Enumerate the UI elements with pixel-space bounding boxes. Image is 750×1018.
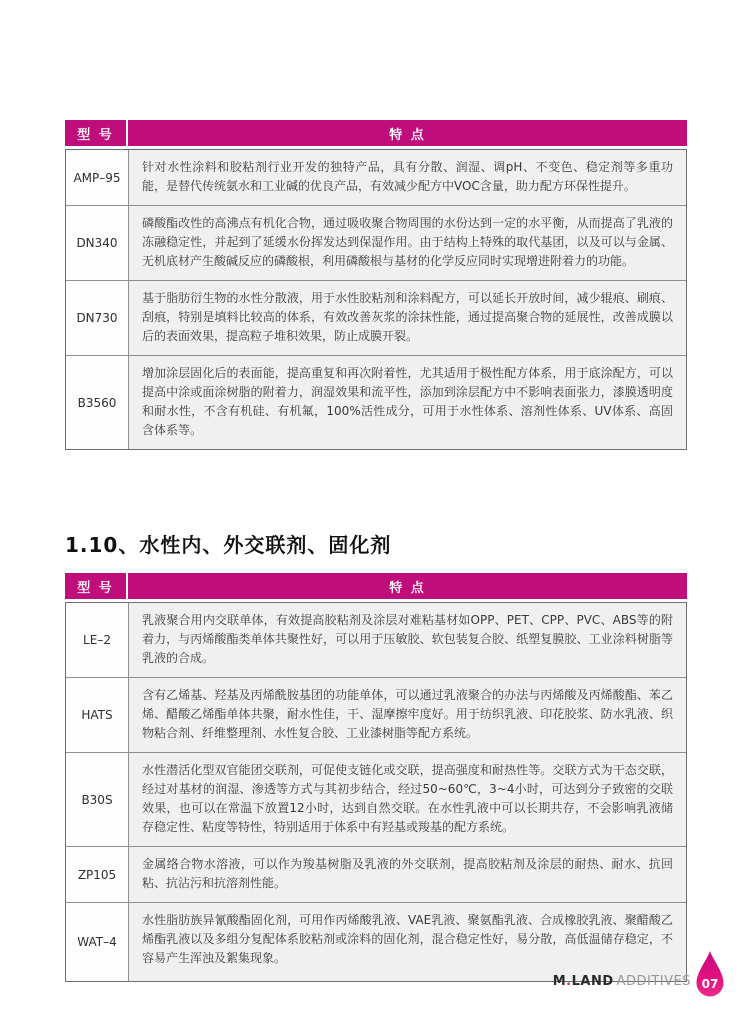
table1-body: AMP–95 针对水性涂料和胶粘剂行业开发的独特产品，具有分散、润湿、调pH、不… [65,149,687,450]
model-cell: LE–2 [66,603,129,677]
product-table-additives: 型 号 特 点 AMP–95 针对水性涂料和胶粘剂行业开发的独特产品，具有分散、… [65,120,687,450]
page-number-drop: 07 [696,950,724,1000]
model-cell: WAT–4 [66,903,129,981]
feature-cell: 乳液聚合用内交联单体，有效提高胶粘剂及涂层对难粘基材如OPP、PET、CPP、P… [129,603,686,677]
feature-cell: 基于脂肪衍生物的水性分散液，用于水性胶粘剂和涂料配方，可以延长开放时间，减少辊痕… [129,281,686,355]
feature-cell: 含有乙烯基、羟基及丙烯酰胺基团的功能单体，可以通过乳液聚合的办法与丙烯酸及丙烯酸… [129,678,686,752]
model-cell: DN340 [66,206,129,280]
model-cell: AMP–95 [66,150,129,205]
footer: M.LANDADDITIVES 07 [553,948,724,1000]
brand-word-additives: ADDITIVES [617,974,691,989]
brand-word-land: LAND [572,974,614,989]
table1-header-row: 型 号 特 点 [65,120,687,146]
feature-cell: 磷酸酯改性的高沸点有机化合物，通过吸收聚合物周围的水份达到一定的水平衡，从而提高… [129,206,686,280]
page-number: 07 [696,977,724,991]
section-heading: 1.10、水性内、外交联剂、固化剂 [65,529,687,558]
table-row-hats: HATS 含有乙烯基、羟基及丙烯酰胺基团的功能单体，可以通过乳液聚合的办法与丙烯… [66,678,686,753]
table2-header-row: 型 号 特 点 [65,573,687,599]
table-row-b3560: B3560 增加涂层固化后的表面能，提高重复和再次附着性，尤其适用于极性配方体系… [66,356,686,449]
table-row-amp95: AMP–95 针对水性涂料和胶粘剂行业开发的独特产品，具有分散、润湿、调pH、不… [66,150,686,206]
droplet-icon [696,950,724,1000]
feature-cell: 金属络合物水溶液，可以作为羧基树脂及乳液的外交联剂，提高胶粘剂及涂层的耐热、耐水… [129,847,686,902]
model-cell: B3560 [66,356,129,449]
table1-header-feature: 特 点 [128,120,687,146]
table-row-dn730: DN730 基于脂肪衍生物的水性分散液，用于水性胶粘剂和涂料配方，可以延长开放时… [66,281,686,356]
table-row-dn340: DN340 磷酸酯改性的高沸点有机化合物，通过吸收聚合物周围的水份达到一定的水平… [66,206,686,281]
feature-cell: 水性潜活化型双官能团交联剂，可促使支链化或交联，提高强度和耐热性等。交联方式为干… [129,753,686,846]
model-cell: DN730 [66,281,129,355]
table-row-zp105: ZP105 金属络合物水溶液，可以作为羧基树脂及乳液的外交联剂，提高胶粘剂及涂层… [66,847,686,903]
model-cell: HATS [66,678,129,752]
table2-header-model: 型 号 [65,573,128,599]
brand-logo-text: M.LANDADDITIVES [553,974,691,989]
feature-cell: 增加涂层固化后的表面能，提高重复和再次附着性，尤其适用于极性配方体系，用于底涂配… [129,356,686,449]
model-cell: ZP105 [66,847,129,902]
product-table-crosslinkers: 型 号 特 点 LE–2 乳液聚合用内交联单体，有效提高胶粘剂及涂层对难粘基材如… [65,573,687,982]
table-row-b30s: B30S 水性潜活化型双官能团交联剂，可促使支链化或交联，提高强度和耐热性等。交… [66,753,686,847]
table-row-le2: LE–2 乳液聚合用内交联单体，有效提高胶粘剂及涂层对难粘基材如OPP、PET、… [66,603,686,678]
table2-header-feature: 特 点 [128,573,687,599]
table1-header-model: 型 号 [65,120,128,146]
page-content: 型 号 特 点 AMP–95 针对水性涂料和胶粘剂行业开发的独特产品，具有分散、… [65,0,687,982]
table2-body: LE–2 乳液聚合用内交联单体，有效提高胶粘剂及涂层对难粘基材如OPP、PET、… [65,602,687,982]
feature-cell: 针对水性涂料和胶粘剂行业开发的独特产品，具有分散、润湿、调pH、不变色、稳定剂等… [129,150,686,205]
brand-letter-m: M [553,974,566,989]
model-cell: B30S [66,753,129,846]
